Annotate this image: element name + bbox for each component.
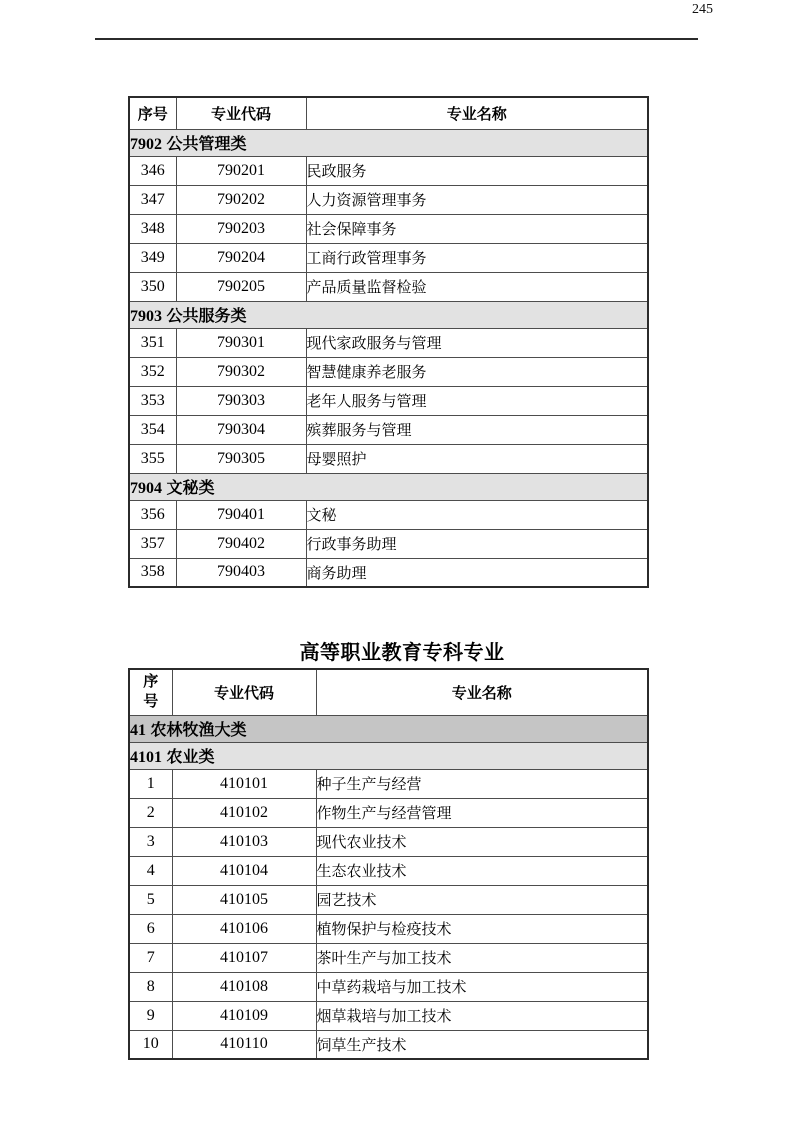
major-code-cell: 790301 [176,328,306,357]
section-title: 高等职业教育专科专业 [128,636,676,665]
major-code-cell: 790203 [176,214,306,243]
serial-cell: 351 [129,328,176,357]
serial-cell: 5 [129,885,172,914]
serial-cell: 358 [129,558,176,587]
col-header-name: 专业名称 [306,97,648,129]
major-name-cell: 中草药栽培与加工技术 [316,972,648,1001]
major-name-cell: 老年人服务与管理 [306,386,648,415]
document-page: 245 序号 专业代码 专业名称 7902 公共管理类346790201民政服务… [0,0,793,1122]
major-name-cell: 母婴照护 [306,444,648,473]
section-header-row: 4101 农业类 [129,742,648,769]
section-header-row: 7902 公共管理类 [129,129,648,156]
serial-cell: 4 [129,856,172,885]
table-row: 356790401文秘 [129,500,648,529]
major-name-cell: 产品质量监督检验 [306,272,648,301]
serial-cell: 355 [129,444,176,473]
page-number: 245 [692,2,713,18]
major-name-cell: 人力资源管理事务 [306,185,648,214]
table-row: 10410110饲草生产技术 [129,1030,648,1059]
major-code-cell: 410109 [172,1001,316,1030]
table-row: 357790402行政事务助理 [129,529,648,558]
major-code-cell: 410110 [172,1030,316,1059]
major-name-cell: 商务助理 [306,558,648,587]
major-name-cell: 现代家政服务与管理 [306,328,648,357]
col-header-code: 专业代码 [172,669,316,715]
major-name-cell: 社会保障事务 [306,214,648,243]
major-name-cell: 民政服务 [306,156,648,185]
section-name: 公共服务类 [162,308,246,325]
section-header-row: 7903 公共服务类 [129,301,648,328]
table-row: 351790301现代家政服务与管理 [129,328,648,357]
serial-cell: 9 [129,1001,172,1030]
table-row: 350790205产品质量监督检验 [129,272,648,301]
major-code-cell: 790403 [176,558,306,587]
major-code-cell: 790205 [176,272,306,301]
serial-cell: 350 [129,272,176,301]
table-row: 346790201民政服务 [129,156,648,185]
major-code-cell: 410105 [172,885,316,914]
table-row: 355790305母婴照护 [129,444,648,473]
section-code: 4101 [130,749,162,766]
table-row: 354790304殡葬服务与管理 [129,415,648,444]
major-code-cell: 790305 [176,444,306,473]
table-row: 358790403商务助理 [129,558,648,587]
serial-cell: 354 [129,415,176,444]
serial-cell: 348 [129,214,176,243]
major-name-cell: 烟草栽培与加工技术 [316,1001,648,1030]
table-row: 2410102作物生产与经营管理 [129,798,648,827]
major-name-cell: 工商行政管理事务 [306,243,648,272]
section-name: 农林牧渔大类 [146,722,246,739]
col-header-serial: 序号 [129,97,176,129]
table-header-row: 序号 专业代码 专业名称 [129,97,648,129]
table-body: 41 农林牧渔大类4101 农业类1410101种子生产与经营2410102作物… [129,715,648,1059]
header-rule [95,38,698,40]
major-code-cell: 410107 [172,943,316,972]
table-row: 4410104生态农业技术 [129,856,648,885]
major-name-cell: 殡葬服务与管理 [306,415,648,444]
vocational-bachelor-majors-table: 序号 专业代码 专业名称 7902 公共管理类346790201民政服务3477… [128,96,649,588]
table-row: 349790204工商行政管理事务 [129,243,648,272]
table-row: 352790302智慧健康养老服务 [129,357,648,386]
major-code-cell: 410104 [172,856,316,885]
table-header-row: 序号 专业代码 专业名称 [129,669,648,715]
serial-cell: 8 [129,972,172,1001]
col-header-code: 专业代码 [176,97,306,129]
section-name: 农业类 [162,749,214,766]
section-name: 公共管理类 [162,136,246,153]
major-code-cell: 790401 [176,500,306,529]
major-name-cell: 现代农业技术 [316,827,648,856]
major-code-cell: 790201 [176,156,306,185]
serial-cell: 6 [129,914,172,943]
section-header-row: 41 农林牧渔大类 [129,715,648,742]
major-name-cell: 饲草生产技术 [316,1030,648,1059]
section-code: 7903 [130,308,162,325]
major-code-cell: 790304 [176,415,306,444]
major-code-cell: 790202 [176,185,306,214]
table-row: 353790303老年人服务与管理 [129,386,648,415]
major-name-cell: 生态农业技术 [316,856,648,885]
major-name-cell: 茶叶生产与加工技术 [316,943,648,972]
major-name-cell: 植物保护与检疫技术 [316,914,648,943]
table-row: 347790202人力资源管理事务 [129,185,648,214]
col-header-name: 专业名称 [316,669,648,715]
serial-cell: 346 [129,156,176,185]
serial-cell: 3 [129,827,172,856]
section-name: 文秘类 [162,480,214,497]
major-name-cell: 行政事务助理 [306,529,648,558]
major-name-cell: 文秘 [306,500,648,529]
table-row: 1410101种子生产与经营 [129,769,648,798]
col-header-serial: 序号 [129,669,172,715]
major-name-cell: 作物生产与经营管理 [316,798,648,827]
table-row: 8410108中草药栽培与加工技术 [129,972,648,1001]
section-code: 41 [130,722,146,739]
vocational-college-majors-table: 序号 专业代码 专业名称 41 农林牧渔大类4101 农业类1410101种子生… [128,668,649,1060]
major-code-cell: 410101 [172,769,316,798]
table-row: 6410106植物保护与检疫技术 [129,914,648,943]
serial-cell: 2 [129,798,172,827]
serial-cell: 352 [129,357,176,386]
table-body: 7902 公共管理类346790201民政服务347790202人力资源管理事务… [129,129,648,587]
section-header-row: 7904 文秘类 [129,473,648,500]
table-row: 5410105园艺技术 [129,885,648,914]
major-code-cell: 410103 [172,827,316,856]
section-code: 7902 [130,136,162,153]
serial-cell: 357 [129,529,176,558]
serial-cell: 347 [129,185,176,214]
major-code-cell: 790303 [176,386,306,415]
serial-cell: 349 [129,243,176,272]
major-name-cell: 种子生产与经营 [316,769,648,798]
major-code-cell: 410102 [172,798,316,827]
section-code: 7904 [130,480,162,497]
major-code-cell: 790302 [176,357,306,386]
table-row: 348790203社会保障事务 [129,214,648,243]
major-name-cell: 园艺技术 [316,885,648,914]
major-code-cell: 790204 [176,243,306,272]
major-code-cell: 790402 [176,529,306,558]
table-row: 9410109烟草栽培与加工技术 [129,1001,648,1030]
table-row: 7410107茶叶生产与加工技术 [129,943,648,972]
serial-cell: 10 [129,1030,172,1059]
serial-cell: 356 [129,500,176,529]
table-row: 3410103现代农业技术 [129,827,648,856]
serial-cell: 7 [129,943,172,972]
serial-cell: 1 [129,769,172,798]
major-code-cell: 410106 [172,914,316,943]
major-code-cell: 410108 [172,972,316,1001]
major-name-cell: 智慧健康养老服务 [306,357,648,386]
serial-cell: 353 [129,386,176,415]
